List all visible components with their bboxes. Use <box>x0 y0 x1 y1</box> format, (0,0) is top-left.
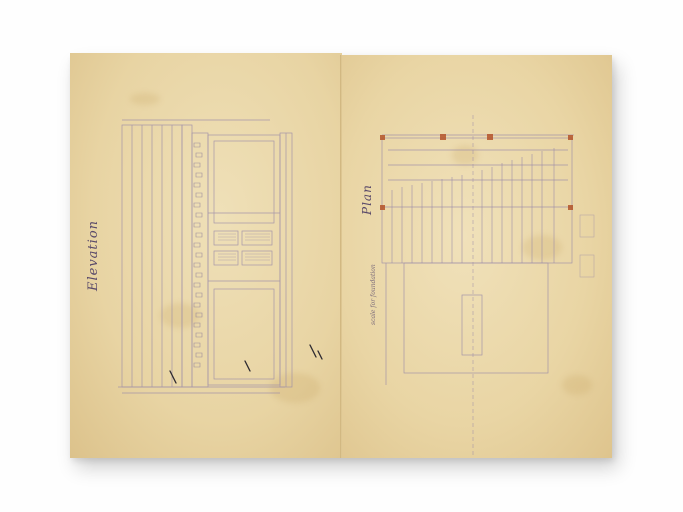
elevation-drawing <box>70 53 342 458</box>
plan-drawing <box>342 55 612 458</box>
photo-scene: Elevation <box>0 0 683 512</box>
plan-title: Plan <box>360 184 374 215</box>
elevation-title: Elevation <box>86 220 101 291</box>
left-page: Elevation <box>70 53 342 458</box>
plan-subtitle: scale for foundation <box>370 264 377 325</box>
open-book: Elevation <box>70 55 612 458</box>
right-page: Plan scale for foundation <box>342 55 612 458</box>
